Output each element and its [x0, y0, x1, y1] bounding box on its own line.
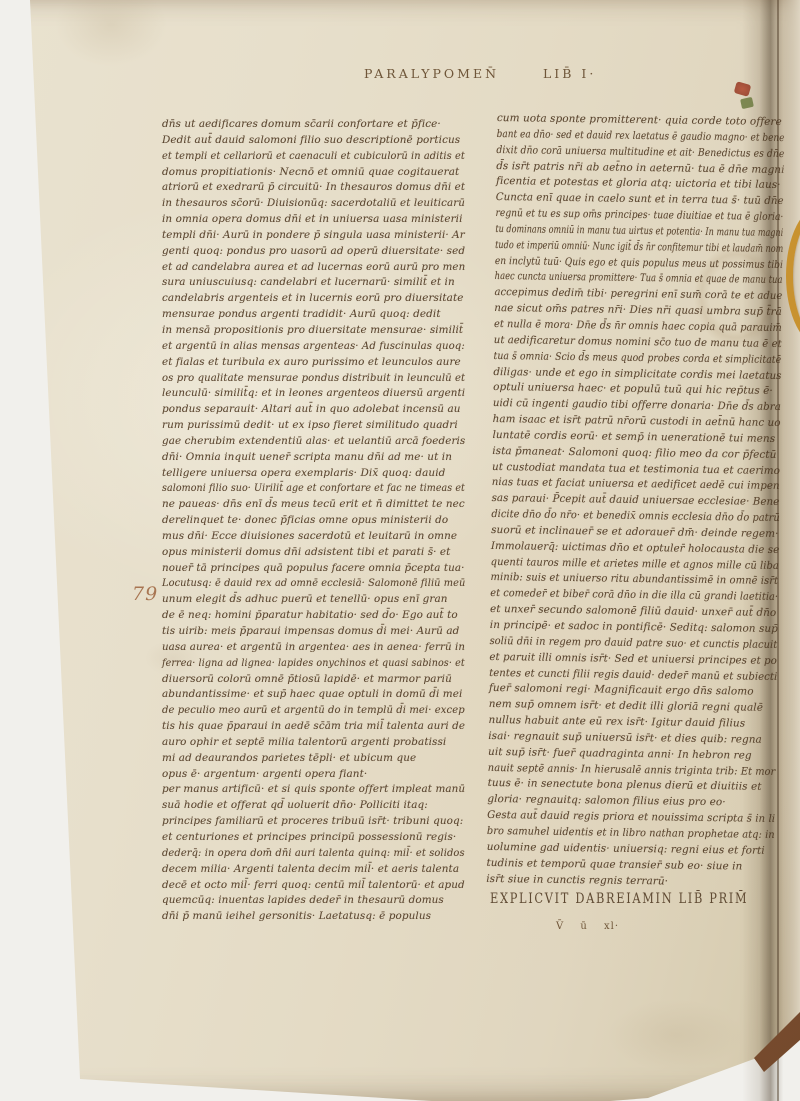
- text-line: et ad candelabra aurea et ad lucernas eo…: [162, 261, 460, 277]
- text-line: sura uniuscuiusq: candelabri et lucernar…: [162, 276, 465, 292]
- text-line: in mensā propositionis pro diuersitate m…: [162, 324, 465, 340]
- text-line: genti quoq: pondus pro uasorū ad operū d…: [162, 245, 465, 261]
- margin-chapter-number: 79: [132, 583, 158, 605]
- text-line: atriorū et exedrarū p̄ circuitū· In thes…: [162, 181, 463, 197]
- manuscript-photo: PARALYPOMEN̄ LIB̄ I· 79 dn̄s ut aedifica…: [0, 0, 800, 1101]
- text-line: et templi et cellariorū et caenaculi et …: [162, 150, 448, 166]
- manuscript-page: PARALYPOMEN̄ LIB̄ I· 79 dn̄s ut aedifica…: [0, 0, 800, 1101]
- parchment-stain: [590, 990, 760, 1080]
- text-line: os pro qualitate mensurae pondus distrib…: [162, 372, 455, 388]
- text-line: et argentū in alias mensas argenteas· Ad…: [162, 340, 457, 356]
- text-line: abundantissime· et sup̄ haec quae optuli…: [162, 688, 465, 704]
- text-line: mensurae pondus argenti tradidit· Aurū q…: [162, 308, 465, 324]
- text-line: mi ad deaurandos parietes tēpli· et ubic…: [162, 752, 465, 768]
- text-line: Locutusq: ē dauid rex ad omnē ecclesiā· …: [162, 577, 447, 593]
- text-line: leunculū· similit̄q: et in leones argent…: [162, 387, 463, 403]
- text-line: suā hodie et offerat qd̄ uoluerit dn̄o· …: [162, 799, 465, 815]
- text-line: nouer̄ tā principes quā populus facere o…: [162, 562, 463, 578]
- text-line: rum purissimū dedit· ut ex ipso fieret s…: [162, 419, 465, 435]
- text-line: ne paueas· dn̄s enī d̄s meus tecū erit e…: [162, 498, 465, 514]
- text-line: et fialas et turibula ex auro purissimo …: [162, 356, 465, 372]
- parchment-stain: [36, 0, 186, 80]
- text-line: isr̄t siue in cunctis regnis terrarū·: [486, 872, 774, 892]
- text-line: auro ophir et septē milia talentorū arge…: [162, 736, 465, 752]
- text-line: tis uirib: meis p̄paraui impensas domus …: [162, 625, 465, 641]
- text-line: in thesauros sc̄orū· Diuisionūq: sacerdo…: [162, 197, 462, 213]
- text-line: in omnia opera domus dn̄i et in uniuersa…: [162, 213, 465, 229]
- text-line: templi dn̄i· Aurū in pondere p̄ singula …: [162, 229, 464, 245]
- text-line: de ē neq: homini p̄paratur habitatio· se…: [162, 609, 465, 625]
- text-line: Dedit aut̄ dauid salomoni filio suo desc…: [162, 134, 465, 150]
- text-line: et centuriones et principes principū pos…: [162, 831, 465, 847]
- running-title-book: PARALYPOMEN̄: [364, 66, 499, 81]
- explicit-note: V̄ ū xl·: [556, 921, 619, 932]
- text-line: dn̄i· Omnia inquit uener̄ scripta manu d…: [162, 451, 465, 467]
- text-line: gae cherubim extendentiū alas· et uelant…: [162, 435, 464, 451]
- text-line: ferrea· ligna ad lignea· lapides onychin…: [162, 657, 441, 673]
- text-line: dn̄s ut aedificares domum sc̄arii confor…: [162, 118, 465, 134]
- explicit-line: EXPLICVIT DABREIAMIN LIB̄ PRIM̄: [490, 891, 707, 907]
- text-line: dederq̄: in opera dom̄ dn̄i auri talenta…: [162, 847, 451, 863]
- text-column-right: cum uota sponte promitterent· quia corde…: [486, 112, 785, 892]
- text-line: derelinquet te· donec p̄ficias omne opus…: [162, 514, 465, 530]
- text-line: decem milia· Argenti talenta decim mil̄·…: [162, 863, 465, 879]
- text-line: per manus artificū· et si quis sponte of…: [162, 783, 464, 799]
- text-line: opus ē· argentum· argenti opera fiant·: [162, 768, 465, 784]
- text-line: salomoni filio suo· Uirilit̄ age et conf…: [162, 482, 439, 498]
- text-column-left: dn̄s ut aedificares domum sc̄arii confor…: [162, 118, 465, 926]
- text-line: dn̄i p̄ manū ieihel gersonitis· Laetatus…: [162, 910, 465, 926]
- text-line: decē et octo mil̄· ferri quoq: centū mil…: [162, 879, 464, 895]
- text-line: diuersorū colorū omnē p̄tiosū lapidē· et…: [162, 673, 465, 689]
- running-title-liber: LIB̄ I·: [543, 66, 596, 81]
- text-line: de peculio meo aurū et argentū do in tem…: [162, 704, 453, 720]
- text-line: tis his quae p̄paraui in aedē sc̄ām tria…: [162, 720, 463, 736]
- text-line: unum elegit d̄s adhuc puerū et tenellū· …: [162, 593, 465, 609]
- text-line: opus ministerii domus dn̄i adsistent tib…: [162, 546, 465, 562]
- text-line: telligere uniuersa opera exemplaris· Dix…: [162, 467, 465, 483]
- text-line: candelabris argenteis et in lucernis eor…: [162, 292, 465, 308]
- text-line: uasa aurea· et argentū in argentea· aes …: [162, 641, 460, 657]
- text-line: principes familiarū et proceres tribuū i…: [162, 815, 465, 831]
- text-line: domus propitiationis· Necnō et omniū qua…: [162, 166, 465, 182]
- text-line: quemcūq: inuentas lapides deder̄ in thes…: [162, 894, 465, 910]
- text-line: pondus separauit· Altari aut̄ in quo ado…: [162, 403, 465, 419]
- text-line: mus dn̄i· Ecce diuisiones sacerdotū et l…: [162, 530, 465, 546]
